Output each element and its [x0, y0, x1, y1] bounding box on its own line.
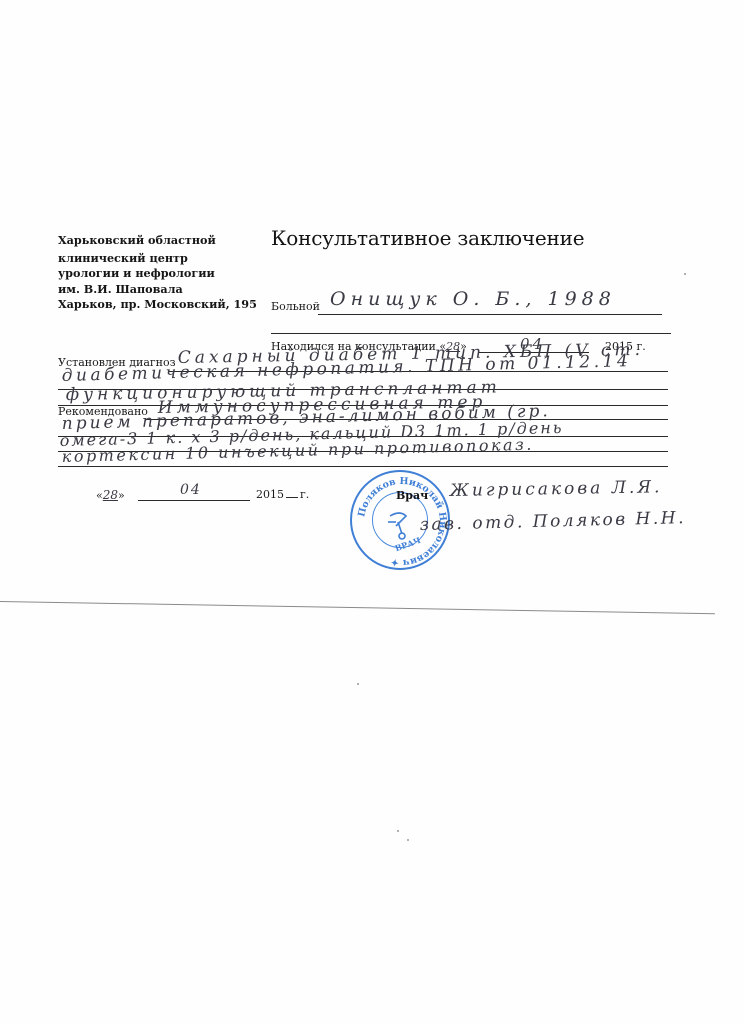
recommendation-line-4 [58, 466, 668, 467]
doctor-signature-2: зав. отд. Поляков Н.Н. [419, 508, 686, 535]
caduceus-icon [388, 513, 406, 539]
signature-year-value: 2015 [256, 488, 284, 501]
signature-date: «28» [96, 488, 125, 502]
signature-open-quote: « [96, 489, 103, 502]
scan-speck [357, 683, 359, 685]
patient-second-line [271, 333, 671, 334]
scanned-document-page: Харьковский областной клинический центр … [0, 0, 744, 1024]
scan-speck [684, 273, 686, 275]
signature-month: 04 [180, 482, 202, 498]
institution-line: Харьковский областной [58, 233, 257, 249]
scan-speck [397, 830, 399, 832]
signature-day: 28 [103, 488, 118, 502]
institution-line: клинический центр [58, 251, 257, 267]
doctor-signature-1: Жигрисакова Л.Я. [450, 477, 663, 501]
signature-month-underline [138, 500, 250, 501]
patient-handwritten-value: Онищук О. Б., 1988 [330, 288, 616, 310]
signature-close-quote: » [118, 489, 125, 502]
scan-speck [407, 839, 409, 841]
svg-text:ВРАЧ: ВРАЧ [393, 535, 421, 553]
patient-underline [318, 314, 662, 315]
page-edge-line [0, 601, 715, 614]
document-title: Консультативное заключение [271, 226, 584, 250]
signature-year: 2015г. [256, 488, 309, 501]
patient-label: Больной [271, 300, 320, 313]
signature-year-blank [286, 497, 298, 498]
doctor-label: Врач [396, 489, 428, 502]
institution-line: им. В.И. Шаповала [58, 282, 257, 298]
institution-header: Харьковский областной клинический центр … [58, 233, 257, 313]
signature-year-suffix: г. [300, 488, 309, 501]
institution-line: Харьков, пр. Московский, 195 [58, 297, 257, 313]
institution-line: урологии и нефрологии [58, 266, 257, 282]
